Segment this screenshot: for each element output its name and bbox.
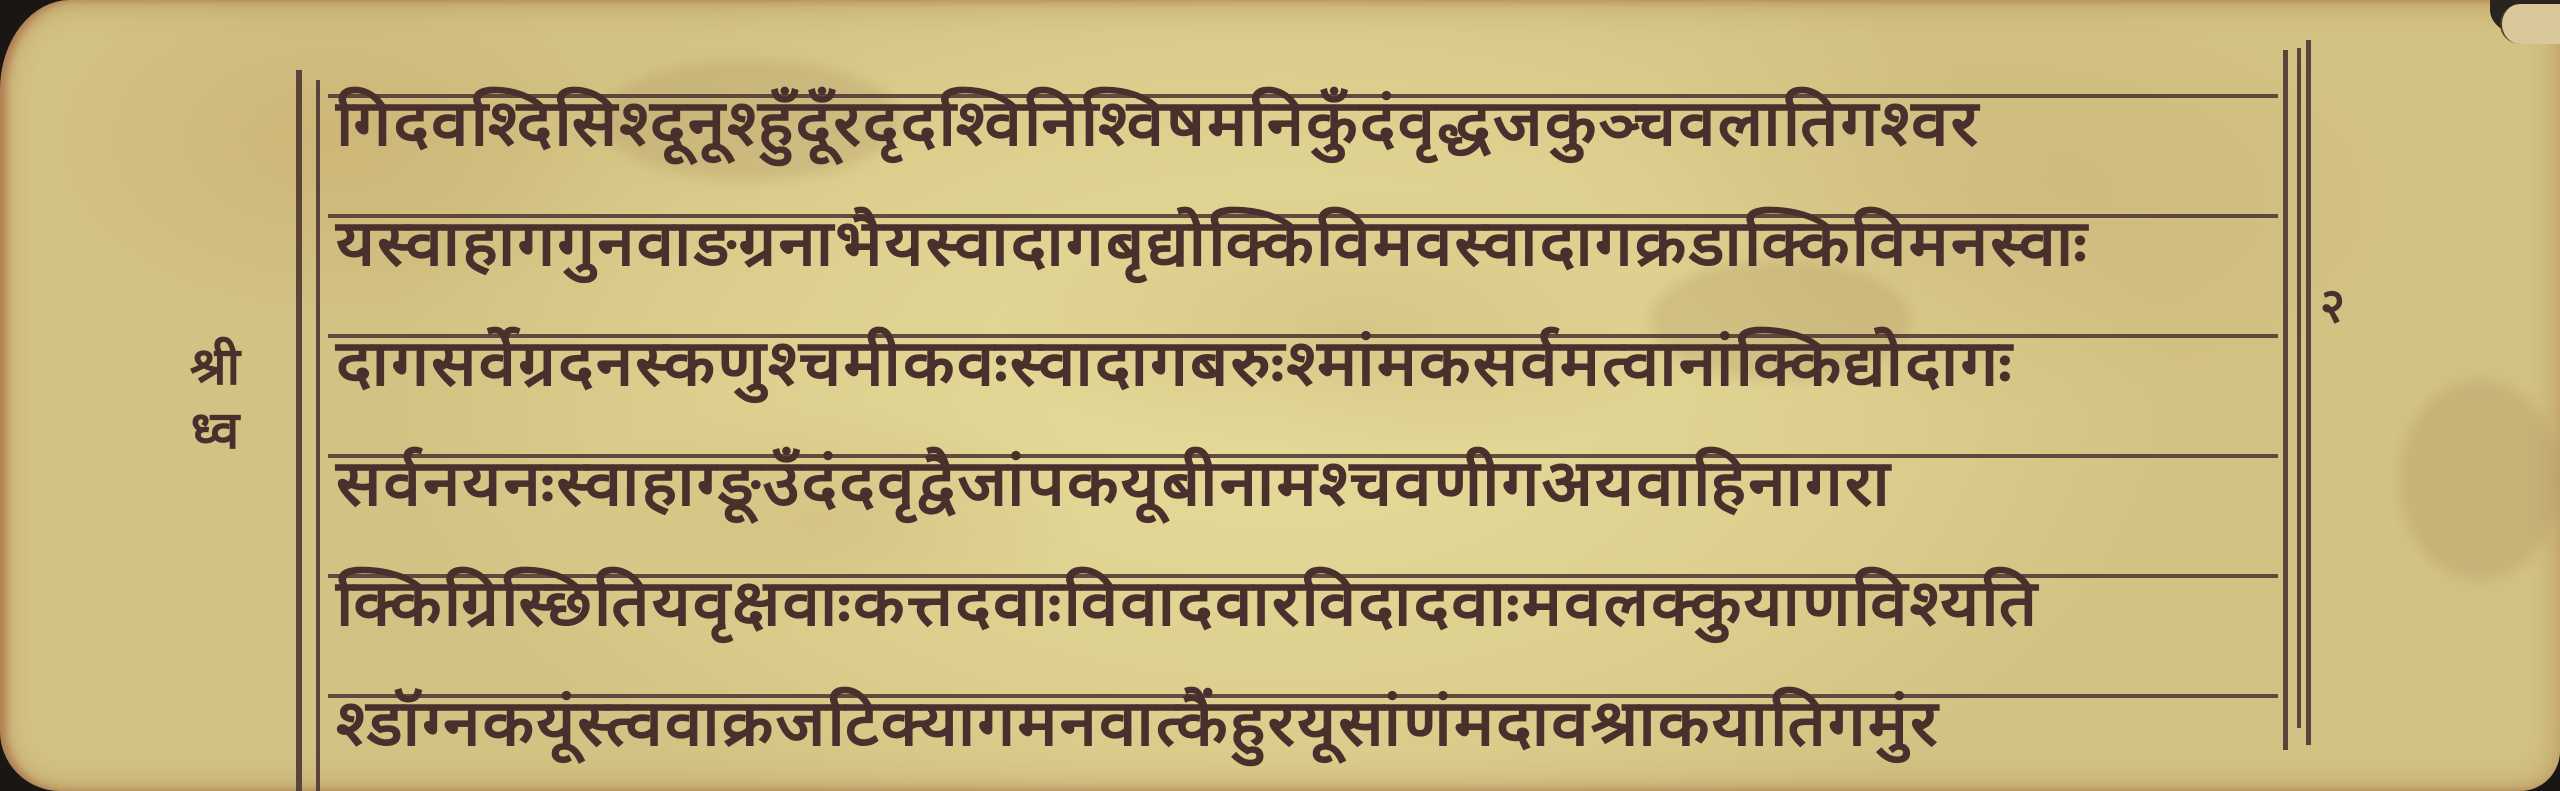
manuscript-line-6: श्डॉग्नकयूंस्त्ववाक्रजटिक्यागमनवात्कैंहु… xyxy=(328,672,2278,791)
right-margin-rule-middle xyxy=(2297,48,2301,728)
line-text: क्किग्रिस्छितियवृक्षवाःकत्तदवाःविवादवारव… xyxy=(336,564,2039,644)
line-text: दागसर्वेग्रदनस्कणुश्चमीकवःस्वादागबरुःश्म… xyxy=(336,324,2014,404)
line-text: श्डॉग्नकयूंस्त्ववाक्रजटिक्यागमनवात्कैंहु… xyxy=(336,684,1940,764)
manuscript-line-2: यस्वाहागगुनवाङग्रनाभैयस्वादागबृद्योक्किव… xyxy=(328,192,2278,312)
manuscript-line-5: क्किग्रिस्छितियवृक्षवाःकत्तदवाःविवादवारव… xyxy=(328,552,2278,672)
folio-number: २ xyxy=(2320,278,2345,334)
manuscript-line-3: दागसर्वेग्रदनस्कणुश्चमीकवःस्वादागबरुःश्म… xyxy=(328,312,2278,432)
margin-title-line-1: श्री xyxy=(170,335,260,399)
line-text: सर्वनयनःस्वाहाग्ङूउँदंदवृद्वैजांपकयूबीना… xyxy=(336,444,1892,524)
line-text: यस्वाहागगुनवाङग्रनाभैयस्वादागबृद्योक्किव… xyxy=(336,204,2089,284)
margin-title-line-2: ध्व xyxy=(170,399,260,463)
left-margin-rule xyxy=(296,70,302,791)
left-margin-rule-inner xyxy=(316,80,320,791)
manuscript-line-1: गिदवश्दिसिश्दूनूश्हुँदूँरदृदश्विनिश्विषम… xyxy=(328,72,2278,192)
manuscript-leaf: श्री ध्व २ गिदवश्दिसिश्दूनूश्हुँदूँरदृदश… xyxy=(0,0,2560,791)
line-text: गिदवश्दिसिश्दूनूश्हुँदूँरदृदश्विनिश्विषम… xyxy=(336,84,1980,164)
stain xyxy=(2400,380,2560,580)
manuscript-line-4: सर्वनयनःस्वाहाग्ङूउँदंदवृद्वैजांपकयूबीना… xyxy=(328,432,2278,552)
torn-corner xyxy=(2490,0,2560,40)
right-margin-rule-outer xyxy=(2306,40,2311,745)
right-margin-rule-inner xyxy=(2283,50,2288,750)
left-margin-title: श्री ध्व xyxy=(170,335,260,463)
manuscript-text-block: गिदवश्दिसिश्दूनूश्हुँदूँरदृदश्विनिश्विषम… xyxy=(328,72,2278,791)
